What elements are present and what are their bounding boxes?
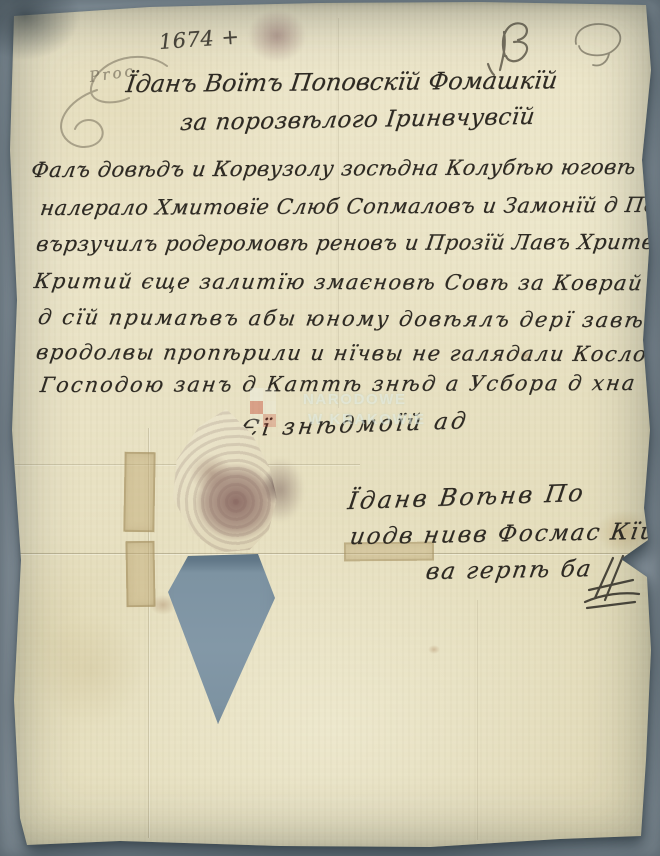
body-line: вързучилъ родеромовѣ реновъ и Прозїй Лав… <box>35 230 660 256</box>
signature-monogram-flourish <box>575 550 650 612</box>
body-line: налерало Хмитовїе Слюб Сопмаловъ и Замон… <box>39 192 660 220</box>
repair-tape-vertical-upper <box>123 452 155 533</box>
archival-flourish <box>35 46 190 161</box>
repair-tape-vertical-lower <box>125 541 155 607</box>
signature-line: иодв нивв Фосмас Кїй <box>348 519 659 550</box>
body-line: Господою занъ д Каттѣ знѣд а Усбора д хн… <box>39 371 638 397</box>
paper-shadow: Proc 1674 + Їданъ Воїтъ Поповскїй Фомашк… <box>0 0 660 856</box>
corner-shadow <box>0 0 80 60</box>
manuscript-paper: Proc 1674 + Їданъ Воїтъ Поповскїй Фомашк… <box>0 0 660 856</box>
body-line: Критий єще залитїю змаєновѣ Совѣ за Ковр… <box>33 269 660 295</box>
body-line: вродолвы пропѣрили и нїчвы не галядали К… <box>35 340 660 366</box>
museum-photograph: Proc 1674 + Їданъ Воїтъ Поповскїй Фомашк… <box>0 0 660 856</box>
signature-line: ва герпѣ ба <box>424 556 595 585</box>
pencil-marks-top-right <box>480 14 645 86</box>
body-line: д сїй примаѣвъ абы юному довѣялъ дерї за… <box>37 305 660 332</box>
